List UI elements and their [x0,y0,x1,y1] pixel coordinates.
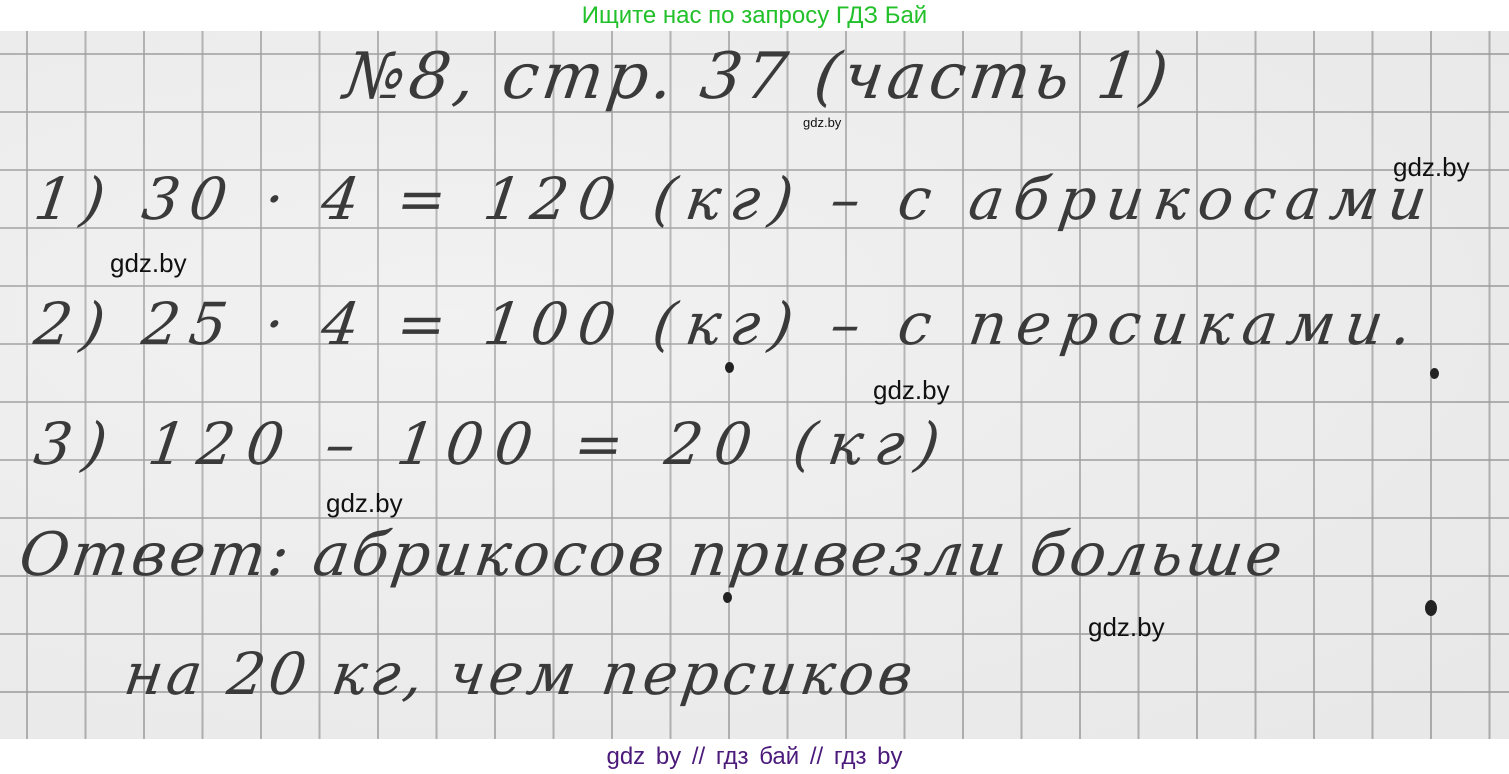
ink-dot [723,592,732,603]
top-banner: Ищите нас по запросу ГДЗ Бай [0,0,1509,31]
page-title: №8, стр. 37 (часть 1) [340,40,1177,114]
ink-dot [725,362,734,373]
watermark: gdz.by [1088,612,1165,643]
ink-dot [1425,600,1437,616]
notebook-page [0,31,1509,739]
watermark: gdz.by [326,488,403,519]
watermark: gdz.by [803,115,841,130]
ink-dot [1430,368,1439,379]
solution-step-1: 1) 30 · 4 = 120 (кг) – с абрикосами [30,165,1441,233]
watermark: gdz.by [1393,152,1470,183]
solution-step-3: 3) 120 – 100 = 20 (кг) [30,410,956,478]
footer-banner: gdz by // гдз бай // гдз by [0,739,1509,774]
solution-step-2: 2) 25 · 4 = 100 (кг) – с персиками. [30,290,1426,358]
answer-line-1: Ответ: абрикосов привезли больше [15,520,1289,590]
watermark: gdz.by [873,375,950,406]
watermark: gdz.by [110,248,187,279]
answer-line-2: на 20 кг, чем персиков [120,640,921,708]
